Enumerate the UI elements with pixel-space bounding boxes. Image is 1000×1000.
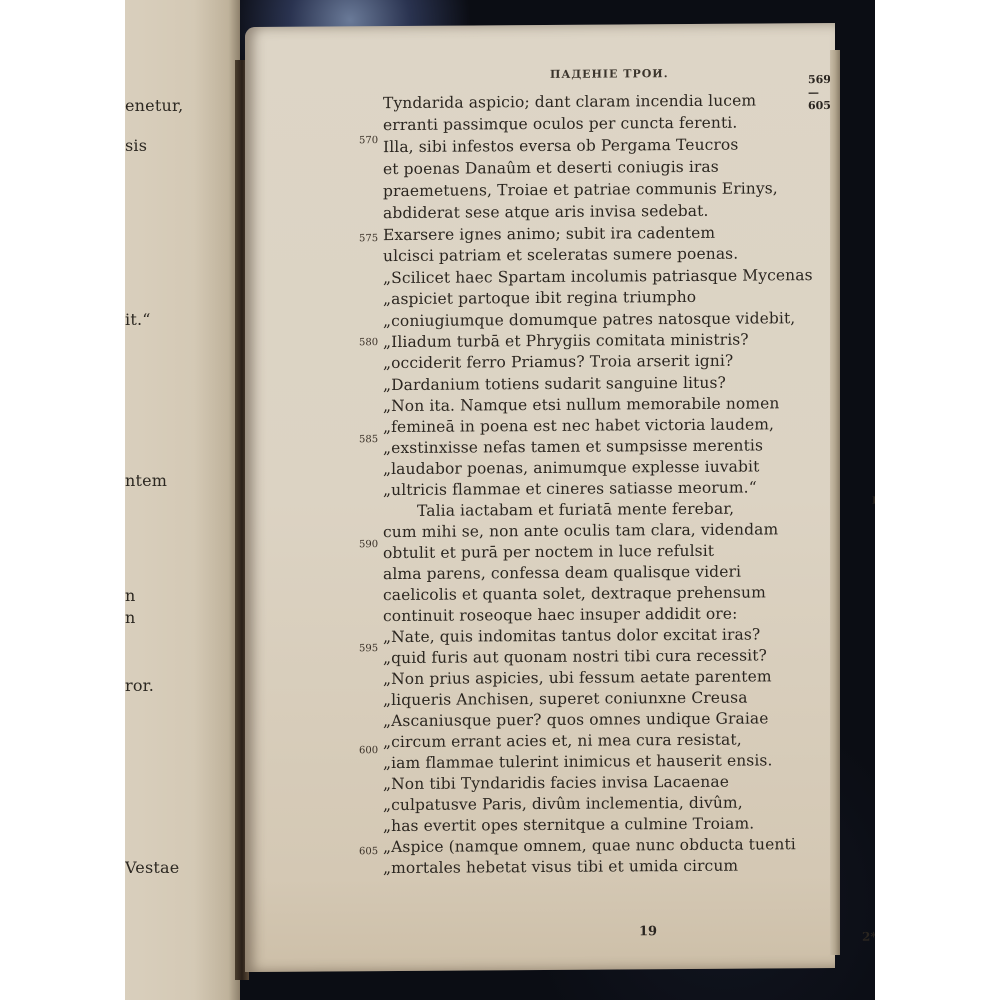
verse-line: „Ascaniusque puer? quos omnes undique Gr…: [383, 709, 769, 730]
verse-line: Illa, sibi infestos eversa ob Pergama Te…: [383, 136, 738, 156]
page-edge: [830, 50, 840, 955]
verse-line: „exstinxisse nefas tamen et sumpsisse me…: [383, 436, 763, 457]
marginal-note-line: Венеры.: [872, 507, 875, 520]
verse-line: „aspiciet partoque ibit regina triumpho: [383, 288, 696, 308]
verse-line: Exarsere ignes animo; subit ira cadentem: [383, 224, 715, 244]
verse-line: abdiderat sese atque aris invisa sedebat…: [383, 202, 709, 222]
line-number: 590: [359, 539, 378, 550]
right-page: ПАДЕНІЕ ТРОИ. 569—605 Появленіе Венеры. …: [245, 23, 835, 972]
line-number: 570: [359, 135, 378, 146]
line-number: 600: [359, 745, 378, 756]
verse-line: et poenas Danaûm et deserti coniugis ira…: [383, 158, 719, 178]
left-page-fragment: it.“: [125, 310, 151, 329]
verse-line: „Non tibi Tyndaridis facies invisa Lacae…: [383, 773, 729, 793]
verse-line: erranti passimque oculos per cuncta fere…: [383, 114, 737, 134]
page-number: 19: [639, 924, 657, 939]
verse-line: „has evertit opes sternitque a culmine T…: [383, 815, 754, 836]
verse-line: praemetuens, Troiae et patriae communis …: [383, 179, 778, 200]
verse-line: Tyndarida aspicio; dant claram incendia …: [383, 91, 756, 112]
signature-mark: 2*: [862, 930, 875, 944]
left-page-fragment: Vestae: [125, 858, 179, 877]
verse-line: „occiderit ferro Priamus? Troia arserit …: [383, 352, 733, 372]
book-photo: enetur,sisit.“ntemnnror.Vestae ПАДЕНІЕ Т…: [125, 0, 875, 1000]
verse-line: „Nate, quis indomitas tantus dolor excit…: [383, 625, 760, 646]
verse-line: „quid furis aut quonam nostri tibi cura …: [383, 646, 767, 667]
verse-line: „Non ita. Namque etsi nullum memorabile …: [383, 394, 780, 415]
line-number: 605: [359, 846, 378, 857]
left-page: enetur,sisit.“ntemnnror.Vestae: [125, 0, 240, 1000]
verse-line: cum mihi se, non ante oculis tam clara, …: [383, 520, 778, 541]
left-page-fragment: ror.: [125, 676, 154, 695]
left-page-fragment: enetur,: [125, 96, 183, 115]
left-page-fragment: n: [125, 608, 136, 627]
verse-line: „mortales hebetat visus tibi et umida ci…: [383, 857, 738, 877]
verse-line: „liqueris Anchisen, superet coniunxne Cr…: [383, 689, 748, 710]
left-page-fragment: ntem: [125, 471, 167, 490]
verse-line: obtulit et purā per noctem in luce reful…: [383, 542, 714, 562]
verse-line: Talia iactabam et furiatā mente ferebar,: [417, 500, 734, 520]
left-page-fragment: n: [125, 586, 136, 605]
verse-line: „femineā in poena est nec habet victoria…: [383, 415, 774, 436]
verse-line: „Scilicet haec Spartam incolumis patrias…: [383, 266, 813, 287]
verse-line: „circum errant acies et, ni mea cura res…: [383, 731, 742, 752]
line-number: 595: [359, 643, 378, 654]
verse-line: „Iliadum turbā et Phrygiis comitata mini…: [383, 331, 749, 352]
marginal-note: Появленіе Венеры.: [872, 494, 875, 520]
left-page-fragment: sis: [125, 136, 147, 155]
running-head: ПАДЕНІЕ ТРОИ.: [550, 67, 669, 81]
verse-line: „Aspice (namque omnem, quae nunc obducta…: [383, 835, 796, 856]
verse-line: „culpatusve Paris, divûm inclementia, di…: [383, 794, 743, 815]
verse-line: „ultricis flammae et cineres satiasse me…: [383, 478, 757, 499]
line-number: 575: [359, 233, 378, 244]
verse-line: ulcisci patriam et sceleratas sumere poe…: [383, 245, 738, 265]
verse-line: „iam flammae tulerint inimicus et hauser…: [383, 751, 773, 772]
line-number: 580: [359, 337, 378, 348]
verse-line: alma parens, confessa deam qualisque vid…: [383, 563, 741, 583]
verse-line: „laudabor poenas, animumque explesse iuv…: [383, 457, 759, 478]
verse-line: continuit roseoque haec insuper addidit …: [383, 605, 737, 625]
verse-line: „Dardanium totiens sudarit sanguine litu…: [383, 374, 726, 394]
verse-line: „Non prius aspicies, ubi fessum aetate p…: [383, 667, 772, 688]
verse-line: caelicolis et quanta solet, dextraque pr…: [383, 583, 766, 604]
verse-line: „coniugiumque domumque patres natosque v…: [383, 309, 795, 330]
line-number: 585: [359, 434, 378, 445]
marginal-note-line: Появленіе: [872, 494, 875, 507]
